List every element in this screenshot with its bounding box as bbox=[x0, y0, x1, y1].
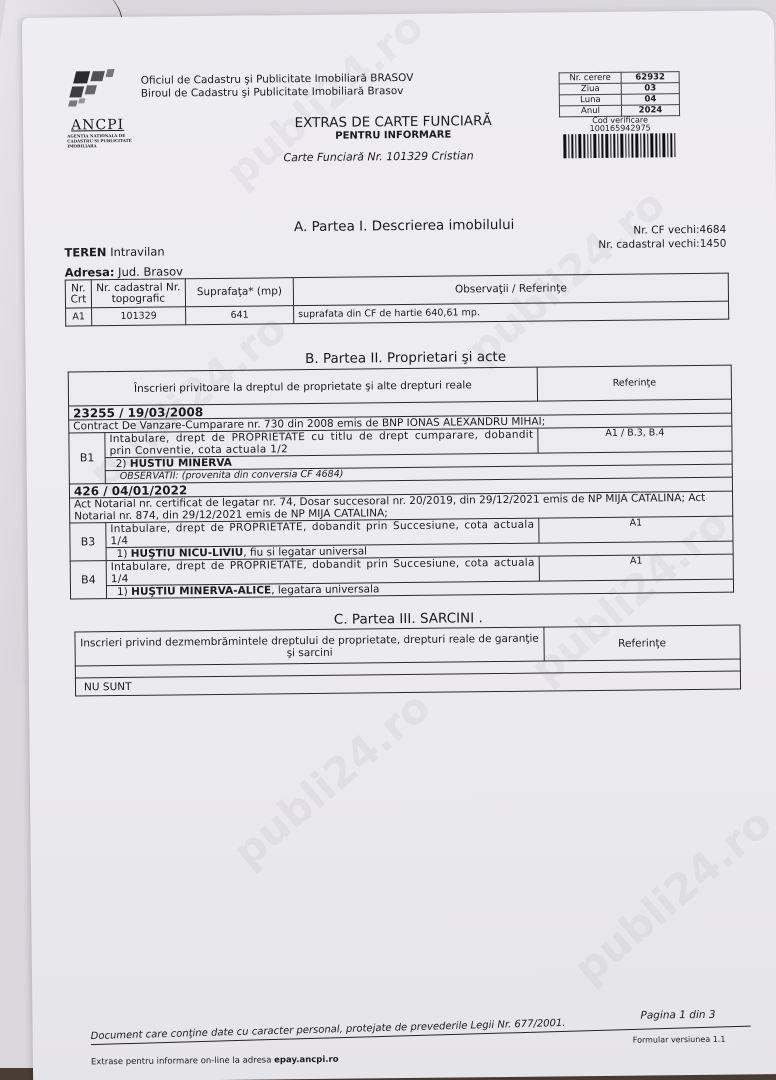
column-header: Nr. cadastral Nr. topografic bbox=[91, 279, 185, 308]
request-value: 62932 bbox=[621, 72, 679, 84]
online-url-link[interactable]: epay.ancpi.ro bbox=[274, 1055, 339, 1066]
address-value: Jud. Brasov bbox=[114, 264, 183, 279]
part-c-title: C. Partea III. SARCINI . bbox=[278, 610, 538, 629]
cell-suprafata: 641 bbox=[186, 306, 294, 325]
office-name: Oficiul de Cadastru şi Publicitate Imobi… bbox=[141, 72, 414, 101]
column-header: Înscrieri privitoare la dreptul de propr… bbox=[68, 367, 537, 406]
owner-name: HUŞTIU MINERVA-ALICE bbox=[131, 584, 271, 597]
online-info: Extrase pentru informare on-line la adre… bbox=[91, 1055, 339, 1068]
owner-role: , legatara universala bbox=[271, 583, 379, 596]
request-value: 04 bbox=[621, 94, 679, 106]
document-page: publi24.ro publi24.ro publi24.ro publi24… bbox=[22, 10, 776, 1080]
logo-squares-icon bbox=[65, 69, 126, 120]
watermark: publi24.ro bbox=[565, 798, 776, 993]
land-type-label: TEREN bbox=[64, 245, 106, 259]
address: Adresa: Jud. Brasov bbox=[65, 264, 183, 279]
entry-code: B1 bbox=[69, 433, 106, 484]
verification-code-value: 100165942975 bbox=[559, 124, 681, 133]
encumbrances-table: Inscrieri privind dezmembrămintele drept… bbox=[74, 625, 741, 697]
column-header: Suprafaţa* (mp) bbox=[185, 278, 293, 307]
request-row: Nr. cerere62932 bbox=[559, 72, 679, 84]
form-version: Formular versiunea 1.1 bbox=[633, 1035, 726, 1045]
land-type-value: Intravilan bbox=[106, 245, 164, 260]
old-cadastral-number: Nr. cadastral vechi:1450 bbox=[556, 237, 726, 253]
entry-reference: A1 / B.3, B.4 bbox=[538, 426, 732, 453]
entry-code: B4 bbox=[70, 561, 106, 599]
title-text: EXTRAS DE CARTE FUNCIARĂ bbox=[288, 113, 498, 131]
barcode-icon bbox=[563, 133, 685, 158]
subtitle-text: PENTRU INFORMARE bbox=[288, 129, 498, 142]
document-title: EXTRAS DE CARTE FUNCIARĂ PENTRU INFORMAR… bbox=[288, 113, 498, 142]
address-label: Adresa: bbox=[65, 265, 115, 280]
cell-crt: A1 bbox=[66, 308, 92, 326]
column-header: Observaţii / Referinţe bbox=[293, 273, 728, 306]
owner-index: 2) bbox=[116, 458, 130, 470]
entry-code: B3 bbox=[70, 523, 106, 561]
verification-code: Cod verificare 100165942975 bbox=[559, 116, 681, 133]
request-label: Nr. cerere bbox=[559, 72, 621, 84]
watermark: publi24.ro bbox=[223, 682, 439, 877]
cell-observatii: suprafata din CF de hartie 640,61 mp. bbox=[294, 301, 729, 324]
column-header: Referinţe bbox=[537, 365, 731, 401]
cell-cadastral: 101329 bbox=[92, 307, 186, 326]
request-label: Luna bbox=[559, 94, 621, 106]
request-info-table: Nr. cerere62932Ziua03Luna04Anul2024 bbox=[559, 71, 680, 117]
part-a-title: A. Partea I. Descrierea imobilului bbox=[274, 217, 534, 236]
request-value: 2024 bbox=[621, 105, 679, 117]
owner-index: 1) bbox=[117, 548, 131, 560]
office-line-2: Biroul de Cadastru şi Publicitate Imobil… bbox=[141, 85, 414, 101]
logo-subtitle: AGENTIA NATIONALA DE CADASTRU SI PUBLICI… bbox=[67, 133, 137, 149]
owner-name: HUŞTIU NICU-LIVIU bbox=[131, 547, 244, 560]
owners-table: Înscrieri privitoare la dreptul de propr… bbox=[68, 365, 734, 600]
carte-funciara-number: Carte Funciară Nr. 101329 Cristian bbox=[283, 149, 473, 164]
entry-reference: A1 bbox=[539, 516, 733, 543]
land-type: TEREN Intravilan bbox=[64, 245, 164, 260]
property-description-table: Nr. Crt Nr. cadastral Nr. topografic Sup… bbox=[65, 273, 729, 327]
column-header: Nr. Crt bbox=[65, 280, 91, 308]
online-info-text: Extrase pentru informare on-line la adre… bbox=[91, 1055, 274, 1067]
owner-index: 1) bbox=[117, 586, 131, 598]
request-value: 03 bbox=[621, 83, 679, 95]
owner-role: , fiu si legatar universal bbox=[243, 545, 367, 558]
owner-name: HUSTIU MINERVA bbox=[130, 457, 232, 470]
column-header: Inscrieri privind dezmembrămintele drept… bbox=[75, 627, 544, 666]
column-header: Referinţe bbox=[544, 625, 740, 661]
part-b-title: B. Partea II. Proprietari şi acte bbox=[276, 349, 536, 368]
request-label: Ziua bbox=[559, 83, 621, 95]
old-cf-info: Nr. CF vechi:4684 Nr. cadastral vechi:14… bbox=[556, 223, 726, 253]
entry-reference: A1 bbox=[539, 554, 733, 581]
